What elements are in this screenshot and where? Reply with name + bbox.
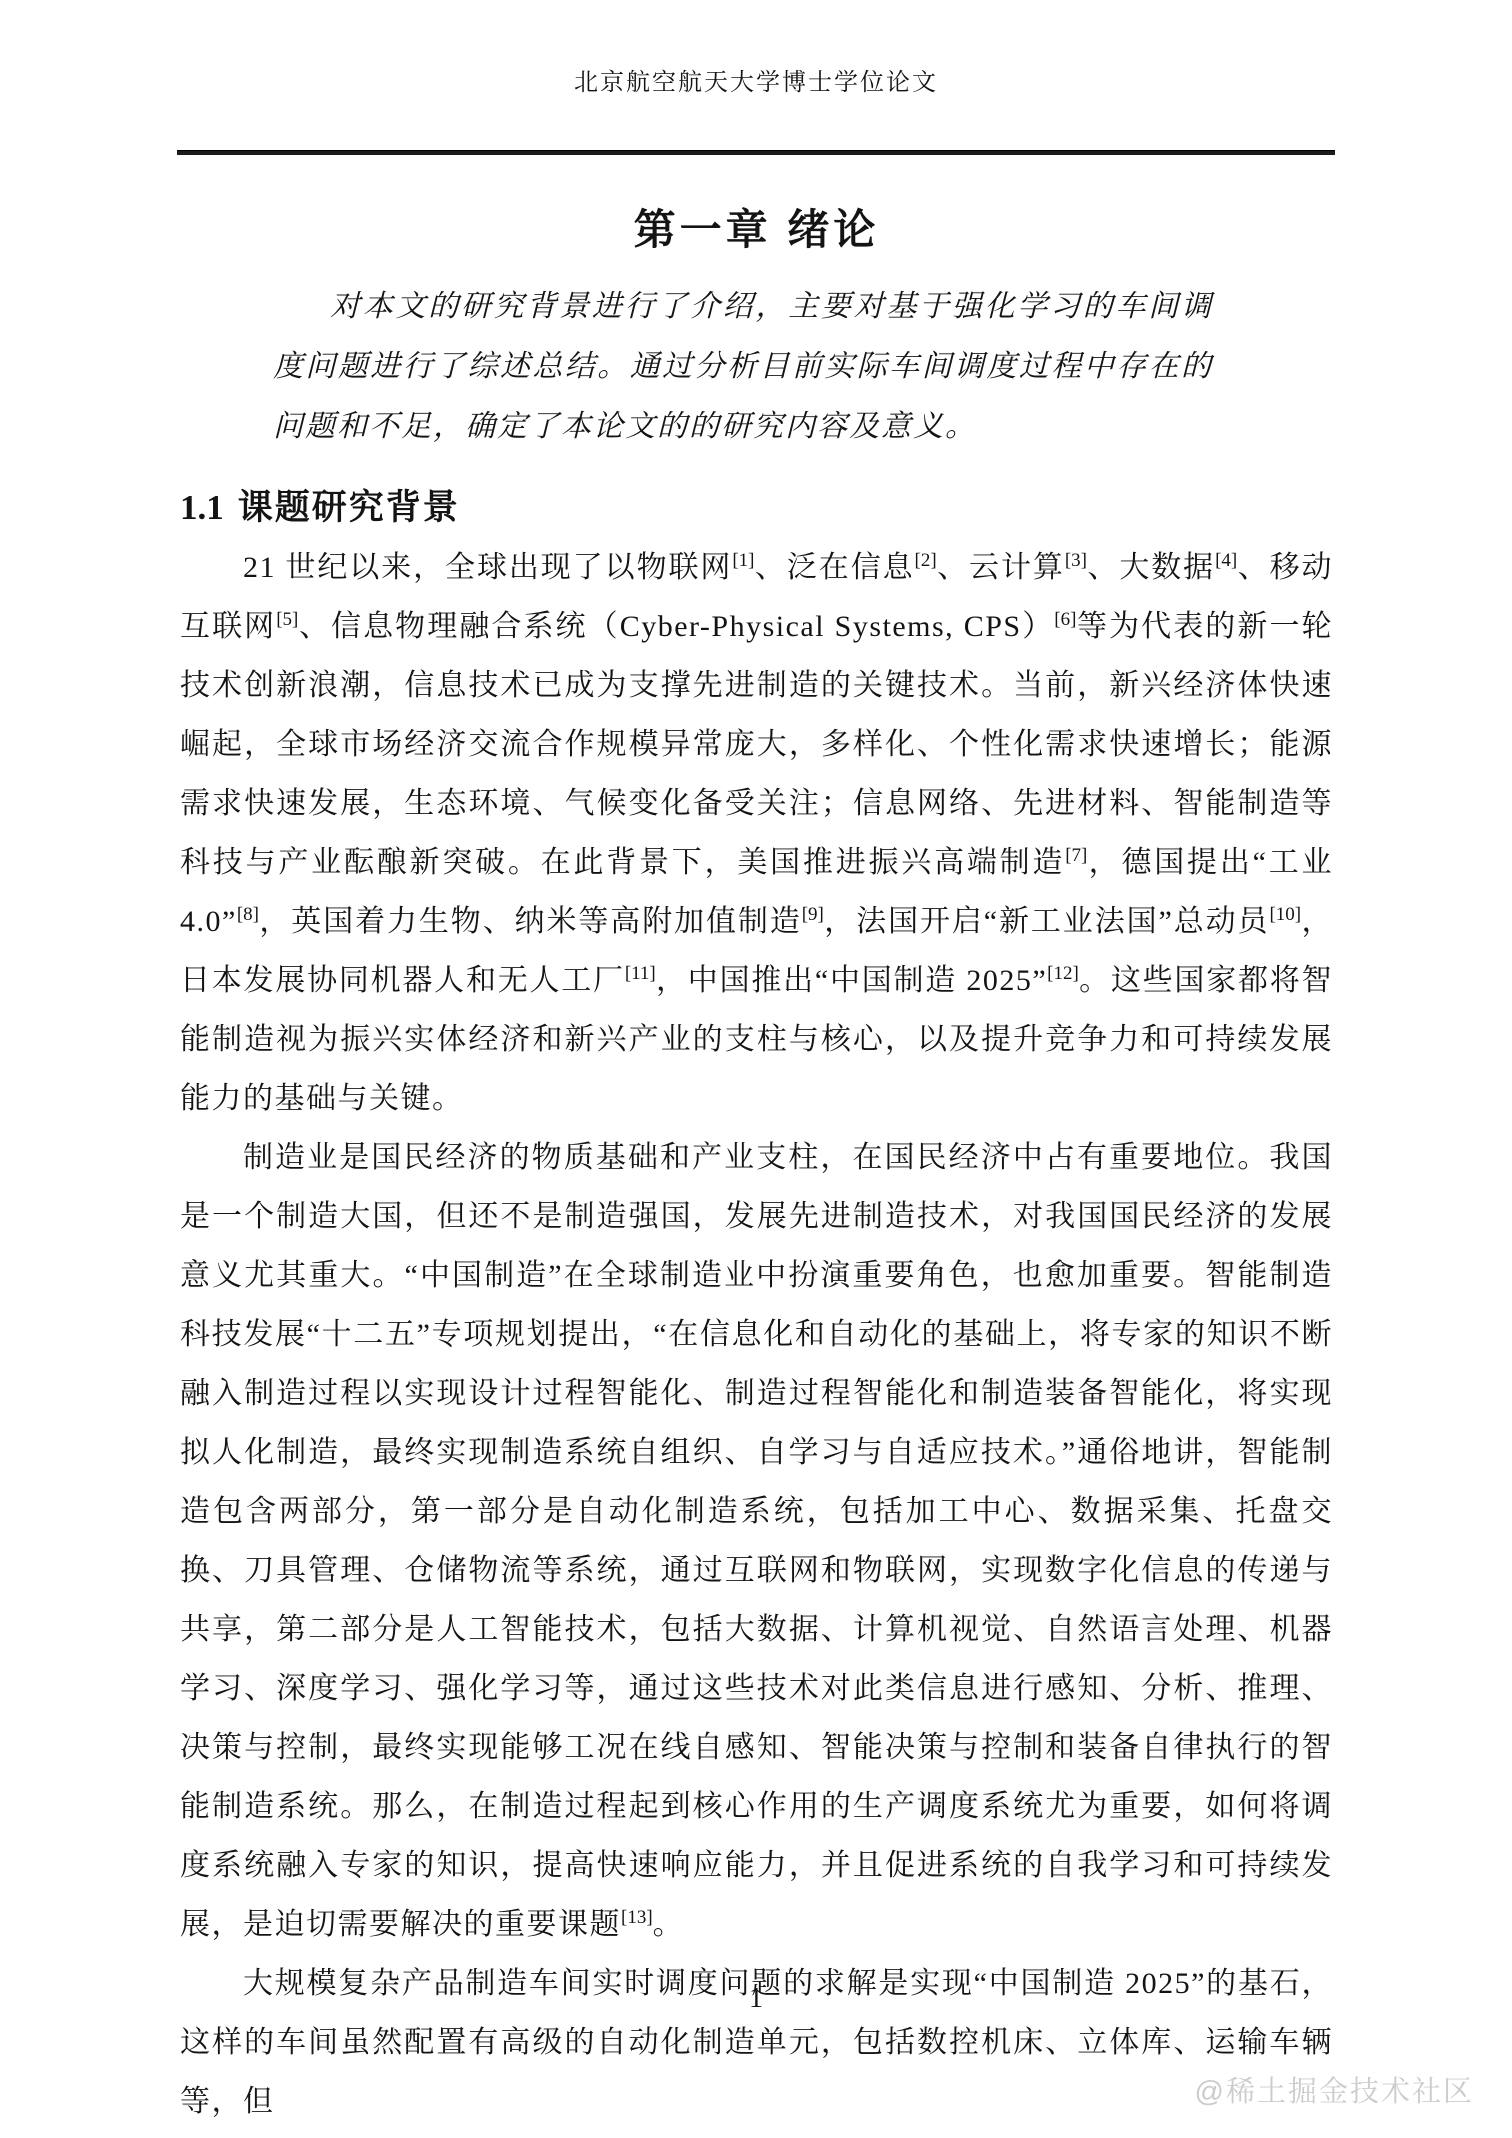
citation-superscript: [7] xyxy=(1065,845,1087,866)
section-number: 1.1 xyxy=(180,488,224,527)
chapter-abstract: 对本文的研究背景进行了介绍，主要对基于强化学习的车间调度问题进行了综述总结。通过… xyxy=(273,277,1213,457)
citation-superscript: [4] xyxy=(1215,550,1237,571)
section-title: 课题研究背景 xyxy=(238,488,460,527)
citation-superscript: [11] xyxy=(625,963,656,984)
citation-superscript: [8] xyxy=(237,904,259,925)
citation-superscript: [13] xyxy=(621,1907,653,1928)
citation-superscript: [10] xyxy=(1269,904,1301,925)
paragraph-2: 制造业是国民经济的物质基础和产业支柱，在国民经济中占有重要地位。我国是一个制造大… xyxy=(180,1128,1333,1954)
citation-superscript: [12] xyxy=(1047,963,1079,984)
thesis-page: 北京航空航天大学博士学位论文 第一章 绪论 对本文的研究背景进行了介绍，主要对基… xyxy=(0,0,1512,2138)
paragraph-1: 21 世纪以来，全球出现了以物联网[1]、泛在信息[2]、云计算[3]、大数据[… xyxy=(180,538,1333,1128)
header-divider-rule xyxy=(177,150,1335,155)
citation-superscript: [5] xyxy=(276,609,298,630)
running-header: 北京航空航天大学博士学位论文 xyxy=(0,0,1512,98)
citation-superscript: [6] xyxy=(1054,609,1076,630)
citation-superscript: [2] xyxy=(915,550,937,571)
paragraph-3: 大规模复杂产品制造车间实时调度问题的求解是实现“中国制造 2025”的基石，这样… xyxy=(180,1954,1333,2131)
citation-superscript: [3] xyxy=(1065,550,1087,571)
watermark: @稀土掘金技术社区 xyxy=(1195,2069,1474,2110)
chapter-title: 第一章 绪论 xyxy=(180,203,1333,257)
section-heading: 1.1课题研究背景 xyxy=(180,487,1333,529)
citation-superscript: [9] xyxy=(802,904,824,925)
page-number: 1 xyxy=(0,1984,1512,2014)
page-body: 第一章 绪论 对本文的研究背景进行了介绍，主要对基于强化学习的车间调度问题进行了… xyxy=(0,203,1512,2131)
citation-superscript: [1] xyxy=(732,550,754,571)
